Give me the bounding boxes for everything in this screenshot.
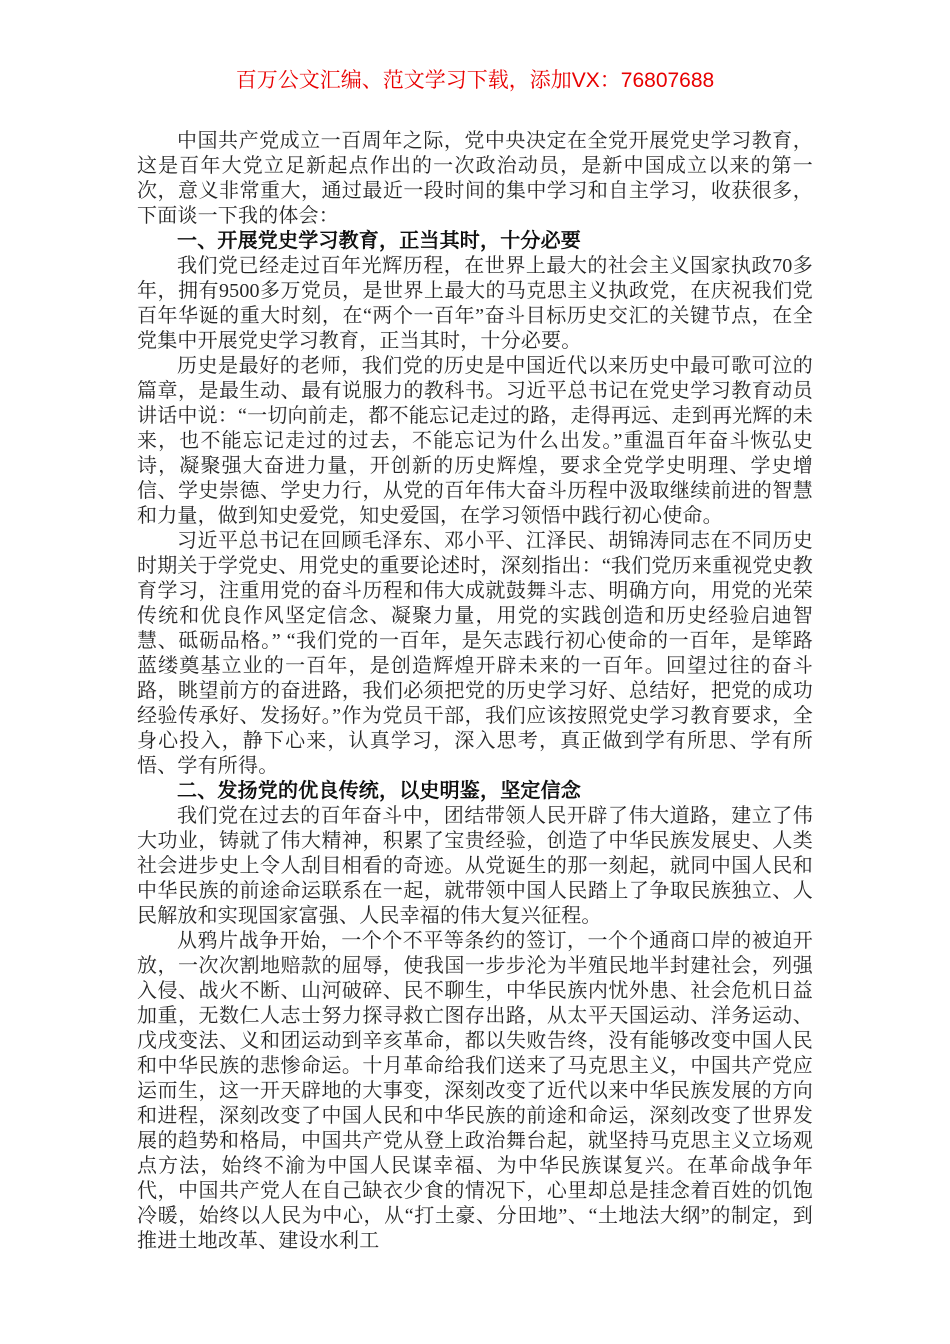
paragraph: 我们党在过去的百年奋斗中，团结带领人民开辟了伟大道路，建立了伟大功业，铸就了伟大… (137, 804, 813, 929)
document-body: 中国共产党成立一百周年之际，党中央决定在全党开展党史学习教育，这是百年大党立足新… (137, 129, 813, 1254)
section-heading-1: 一、开展党史学习教育，正当其时，十分必要 (137, 229, 813, 254)
paragraph: 习近平总书记在回顾毛泽东、邓小平、江泽民、胡锦涛同志在不同历史时期关于学党史、用… (137, 529, 813, 779)
section-heading-2: 二、发扬党的优良传统，以史明鉴，坚定信念 (137, 779, 813, 804)
paragraph-intro: 中国共产党成立一百周年之际，党中央决定在全党开展党史学习教育，这是百年大党立足新… (137, 129, 813, 229)
paragraph: 历史是最好的老师，我们党的历史是中国近代以来历史中最可歌可泣的篇章，是最生动、最… (137, 354, 813, 529)
paragraph: 从鸦片战争开始，一个个不平等条约的签订，一个个通商口岸的被迫开放，一次次割地赔款… (137, 929, 813, 1254)
header-notice: 百万公文汇编、范文学习下载，添加VX：76807688 (0, 69, 950, 92)
paragraph: 我们党已经走过百年光辉历程，在世界上最大的社会主义国家执政70多年，拥有9500… (137, 254, 813, 354)
document-page: 百万公文汇编、范文学习下载，添加VX：76807688 中国共产党成立一百周年之… (0, 0, 950, 1344)
